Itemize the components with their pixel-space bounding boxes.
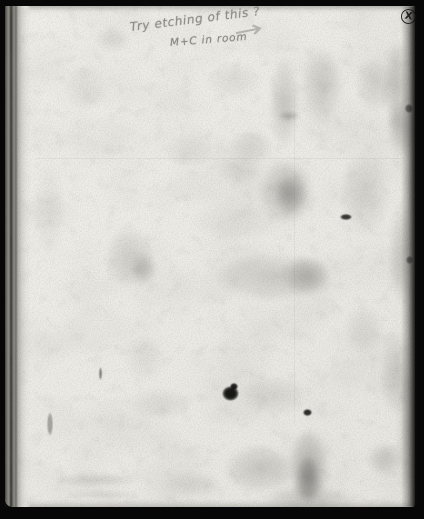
sketchbook-page: [5, 6, 415, 507]
paper-crease-horizontal: [35, 158, 405, 159]
photograph: Try etching of this ? M+C in room → X: [0, 0, 424, 519]
x-glyph: X: [404, 11, 413, 22]
paper-grain-texture: [5, 6, 415, 507]
handwritten-arrow-icon: →: [231, 14, 265, 47]
paper-crease-vertical: [294, 94, 295, 424]
book-page-edges: [5, 6, 31, 507]
